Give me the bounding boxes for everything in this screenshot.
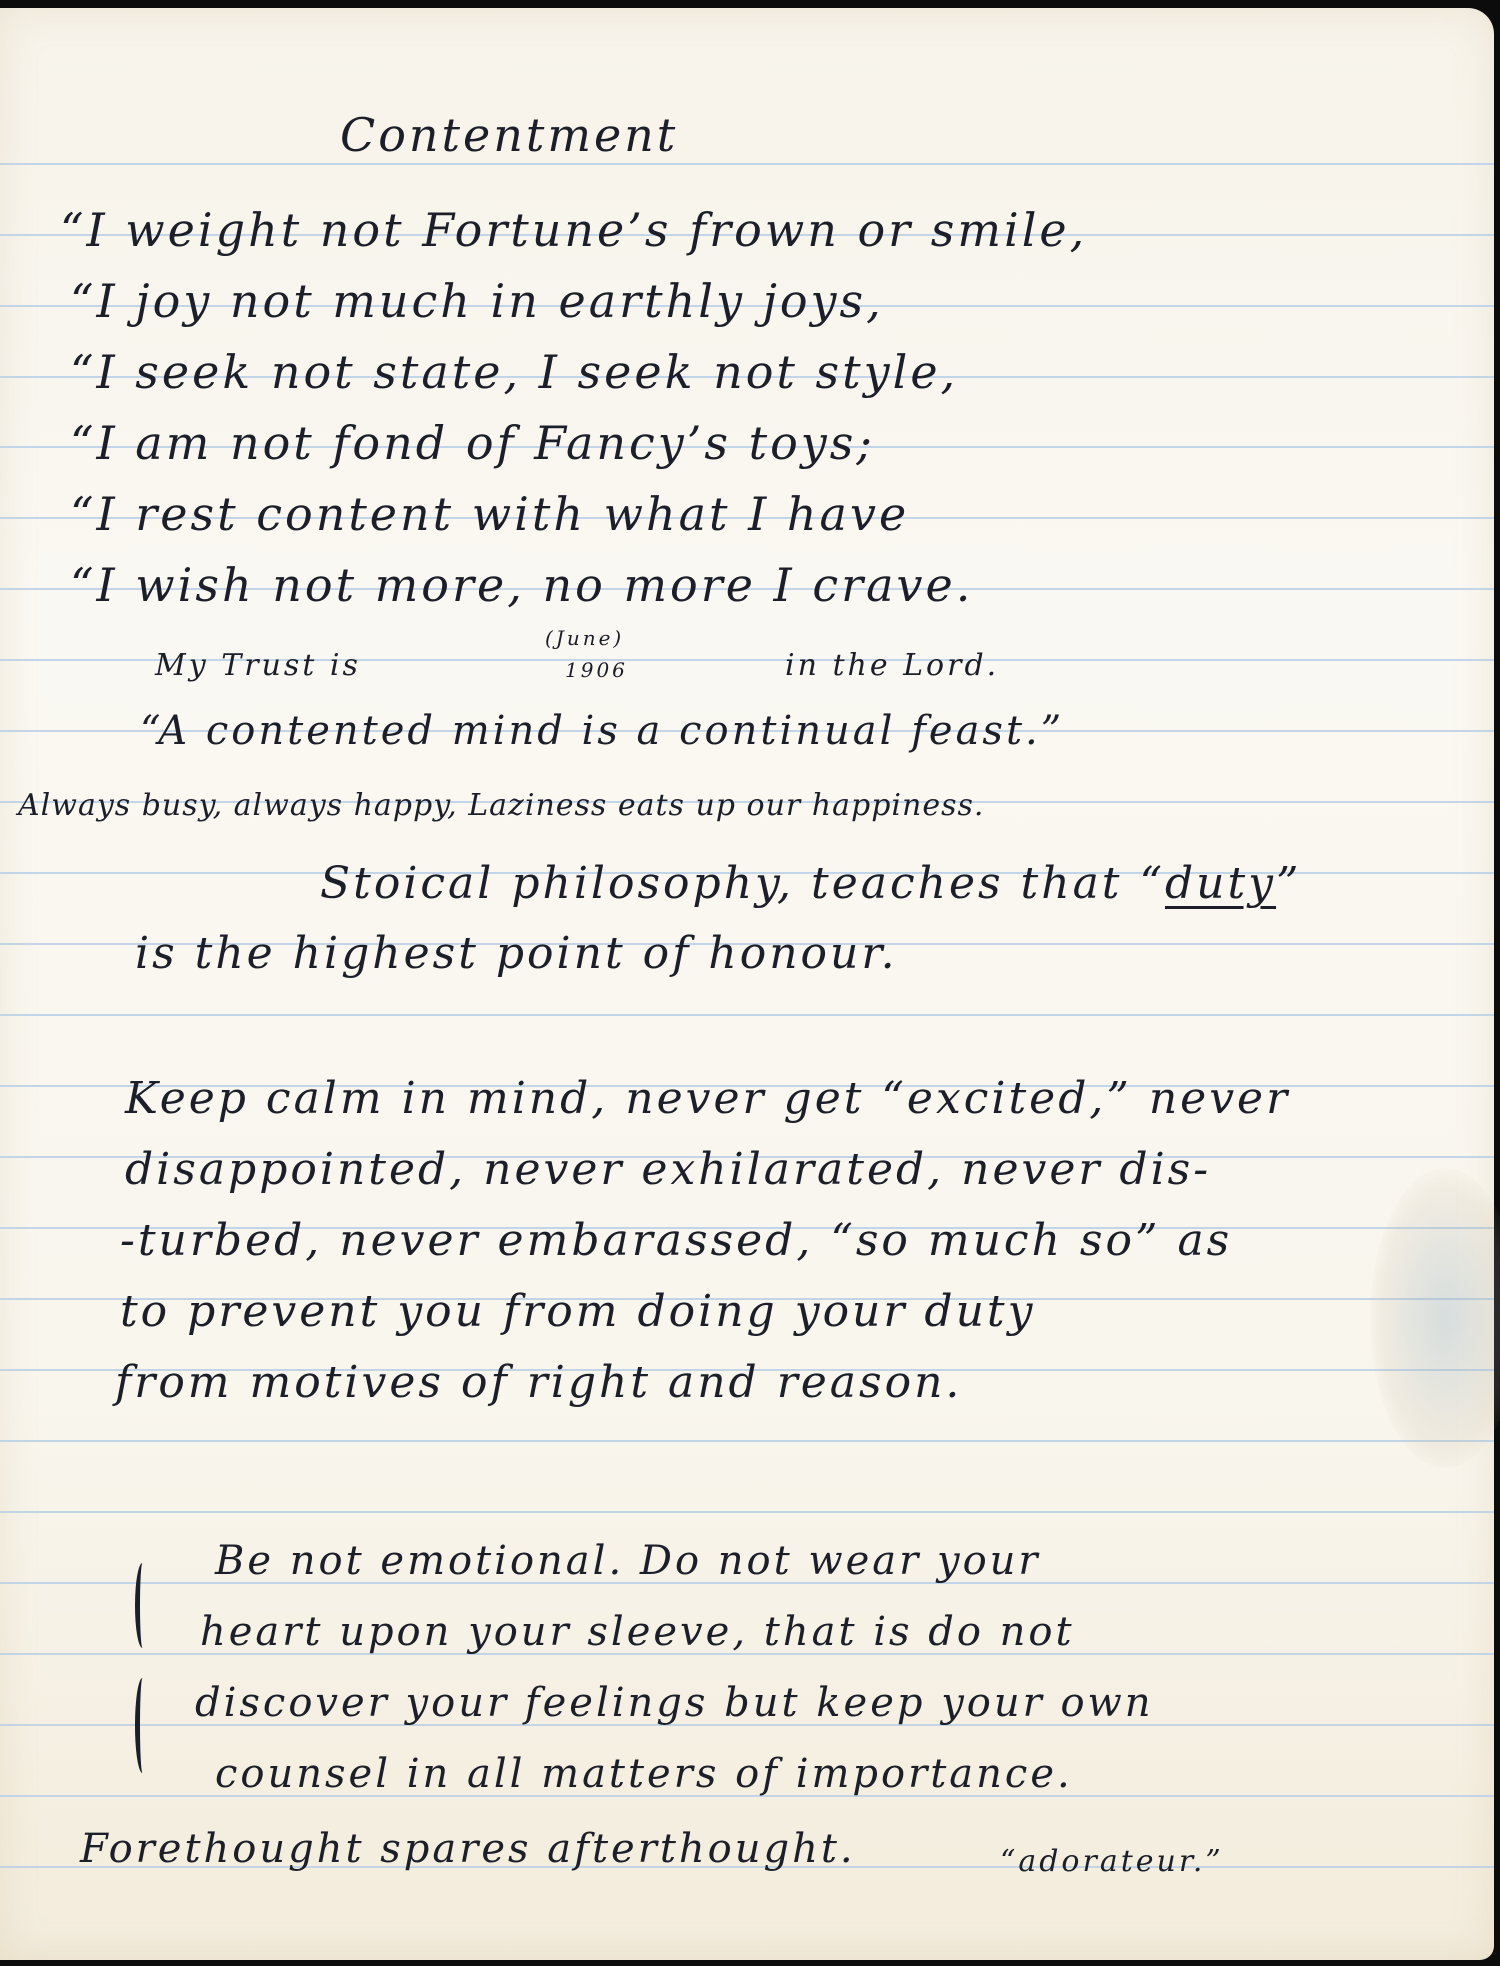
date-annotation-month: (June) <box>545 626 624 650</box>
stoic-suffix: ” <box>1276 858 1302 909</box>
keep-calm-line-1: Keep calm in mind, never get “excited,” … <box>125 1073 1290 1124</box>
stoic-emphasis-duty: duty <box>1165 858 1276 909</box>
keep-calm-line-3: -turbed, never embarassed, “so much so” … <box>120 1215 1232 1266</box>
poem-line-3: “I seek not state, I seek not style, <box>70 345 958 399</box>
stoic-line-1: Stoical philosophy, teaches that “duty” <box>320 858 1302 909</box>
keep-calm-line-4: to prevent you from doing your duty <box>120 1286 1035 1337</box>
stoic-line-2: is the highest point of honour. <box>135 928 898 979</box>
emotional-line-2: heart upon your sleeve, that is do not <box>200 1609 1075 1655</box>
date-annotation-year: 1906 <box>565 658 628 682</box>
trust-line-left: My Trust is <box>155 648 361 683</box>
forethought-line: Forethought spares afterthought. <box>80 1826 856 1872</box>
emotional-line-3: discover your feelings but keep your own <box>195 1680 1154 1726</box>
maxim-always-busy: Always busy, always happy, Laziness eats… <box>18 788 984 823</box>
signature: “adorateur.” <box>1000 1844 1224 1879</box>
bracket-mark <box>135 1678 150 1773</box>
trust-line-right: in the Lord. <box>785 648 999 683</box>
poem-line-1: “I weight not Fortune’s frown or smile, <box>60 203 1087 257</box>
water-stain <box>1370 1168 1500 1468</box>
bracket-mark <box>135 1563 150 1648</box>
poem-line-5: “I rest content with what I have <box>70 487 909 541</box>
stoic-prefix: Stoical philosophy, teaches that “ <box>320 858 1165 909</box>
page-title: Contentment <box>340 108 678 162</box>
ruled-line <box>0 1014 1494 1016</box>
notebook-page: Contentment “I weight not Fortune’s frow… <box>0 8 1494 1960</box>
ruled-line <box>0 1511 1494 1513</box>
poem-line-4: “I am not fond of Fancy’s toys; <box>70 416 875 470</box>
keep-calm-line-5: from motives of right and reason. <box>115 1357 962 1408</box>
keep-calm-line-2: disappointed, never exhilarated, never d… <box>125 1144 1211 1195</box>
poem-line-2: “I joy not much in earthly joys, <box>70 274 884 328</box>
emotional-line-4: counsel in all matters of importance. <box>215 1751 1073 1797</box>
maxim-contented-mind: “A contented mind is a continual feast.” <box>140 708 1064 754</box>
emotional-line-1: Be not emotional. Do not wear your <box>215 1538 1041 1584</box>
poem-line-6: “I wish not more, no more I crave. <box>70 558 973 612</box>
ruled-line <box>0 1440 1494 1442</box>
ruled-line <box>0 163 1494 165</box>
